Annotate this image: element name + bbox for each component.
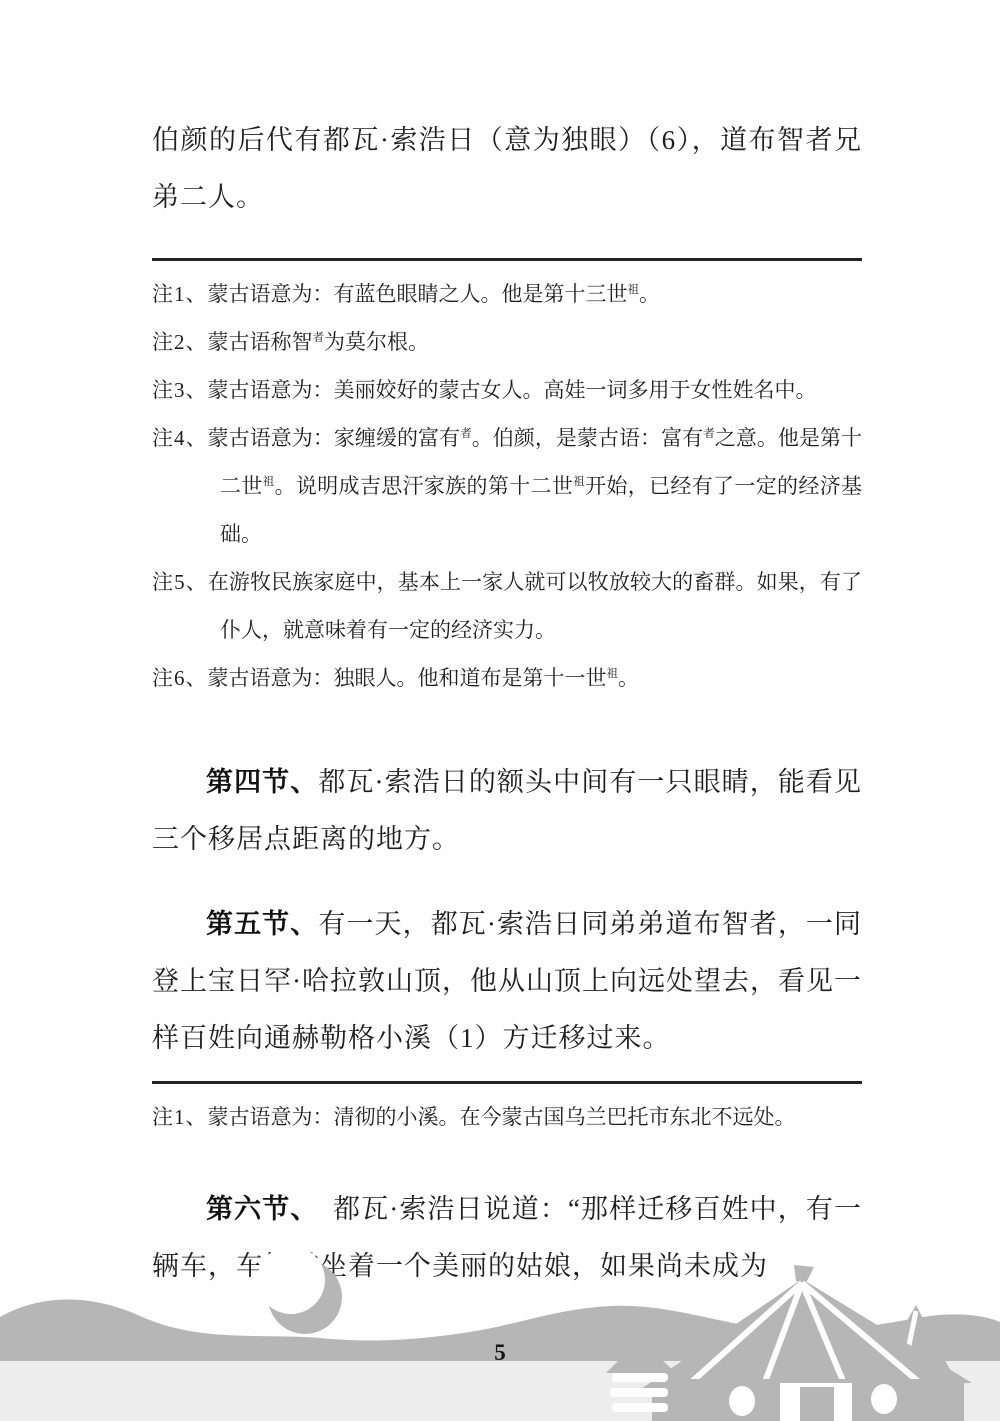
footnote: 注6、蒙古语意为：独眼人。他和道布是第十一世祖。 bbox=[152, 654, 862, 702]
footnote: 注2、蒙古语称智者为莫尔根。 bbox=[152, 318, 862, 366]
section-paragraph-4: 第四节、都瓦·索浩日的额头中间有一只眼睛，能看见三个移居点距离的地方。 bbox=[152, 754, 862, 868]
footnote-block-1: 注1、蒙古语意为：有蓝色眼睛之人。他是第十三世祖。注2、蒙古语称智者为莫尔根。注… bbox=[152, 270, 862, 702]
footnote-text: 蒙古语意为：清彻的小溪。在今蒙古国乌兰巴托市东北不远处。 bbox=[208, 1105, 796, 1129]
ground-wash bbox=[0, 1360, 1000, 1421]
superscript-mark: 者 bbox=[460, 428, 472, 440]
footnote-text: 为莫尔根。 bbox=[324, 330, 429, 354]
superscript-mark: 者 bbox=[703, 428, 715, 440]
page-number: 5 bbox=[0, 1340, 1000, 1366]
footnote-text: 蒙古语称智 bbox=[208, 330, 313, 354]
footnote-text: 。伯颜，是蒙古语：富有 bbox=[472, 426, 703, 450]
footnote: 注3、蒙古语意为：美丽姣好的蒙古女人。高娃一词多用于女性姓名中。 bbox=[152, 366, 862, 414]
footnote-label: 注1、 bbox=[152, 282, 208, 306]
footnote-text: 蒙古语意为：美丽姣好的蒙古女人。高娃一词多用于女性姓名中。 bbox=[208, 378, 817, 402]
opening-paragraph: 伯颜的后代有都瓦·索浩日（意为独眼）（6），道布智者兄弟二人。 bbox=[152, 112, 862, 226]
footnote-separator-2 bbox=[152, 1081, 862, 1084]
footnote-text: 。 bbox=[639, 282, 660, 306]
footnote-label: 注6、 bbox=[152, 666, 208, 690]
superscript-mark: 祖 bbox=[573, 476, 585, 488]
section-label: 第六节、 bbox=[206, 1194, 305, 1224]
footnote-text: 在游牧民族家庭中，基本上一家人就可以牧放较大的畜群。如果，有了仆人，就意味着有一… bbox=[208, 570, 862, 642]
footnote-label: 注4、 bbox=[152, 426, 208, 450]
superscript-mark: 祖 bbox=[628, 284, 640, 296]
section-paragraph-6: 第六节、 都瓦·索浩日说道：“那样迁移百姓中，有一辆车，车棚前坐着一个美丽的姑娘… bbox=[152, 1181, 862, 1295]
footnote-label: 注3、 bbox=[152, 378, 208, 402]
footnote: 注1、蒙古语意为：清彻的小溪。在今蒙古国乌兰巴托市东北不远处。 bbox=[152, 1093, 862, 1141]
footnote: 注1、蒙古语意为：有蓝色眼睛之人。他是第十三世祖。 bbox=[152, 270, 862, 318]
footnote-text: 蒙古语意为：有蓝色眼睛之人。他是第十三世 bbox=[208, 282, 628, 306]
footnote-label: 注1、 bbox=[152, 1105, 208, 1129]
footnote-label: 注5、 bbox=[152, 570, 208, 594]
section-label: 第五节、 bbox=[206, 909, 318, 939]
footnote-separator-1 bbox=[152, 258, 862, 261]
footnote-text: 。说明成吉思汗家族的第十二世 bbox=[275, 474, 574, 498]
footnote: 注5、在游牧民族家庭中，基本上一家人就可以牧放较大的畜群。如果，有了仆人，就意味… bbox=[152, 558, 862, 654]
footnote-text: 蒙古语意为：家缠缓的富有 bbox=[208, 426, 461, 450]
footnote-text: 。 bbox=[618, 666, 639, 690]
book-page: 伯颜的后代有都瓦·索浩日（意为独眼）（6），道布智者兄弟二人。 注1、蒙古语意为… bbox=[0, 0, 1000, 1421]
footnote: 注4、蒙古语意为：家缠缓的富有者。伯颜，是蒙古语：富有者之意。他是第十二世祖。说… bbox=[152, 414, 862, 558]
footnote-text: 蒙古语意为：独眼人。他和道布是第十一世 bbox=[208, 666, 607, 690]
section-label: 第四节、 bbox=[206, 767, 318, 797]
footnote-label: 注2、 bbox=[152, 330, 208, 354]
superscript-mark: 祖 bbox=[607, 668, 619, 680]
text-column: 伯颜的后代有都瓦·索浩日（意为独眼）（6），道布智者兄弟二人。 注1、蒙古语意为… bbox=[152, 0, 862, 1295]
superscript-mark: 祖 bbox=[263, 476, 275, 488]
superscript-mark: 者 bbox=[313, 332, 325, 344]
section-paragraph-5: 第五节、有一天，都瓦·索浩日同弟弟道布智者，一同登上宝日罕·哈拉敦山顶，他从山顶… bbox=[152, 896, 862, 1067]
footnote-block-2: 注1、蒙古语意为：清彻的小溪。在今蒙古国乌兰巴托市东北不远处。 bbox=[152, 1093, 862, 1141]
